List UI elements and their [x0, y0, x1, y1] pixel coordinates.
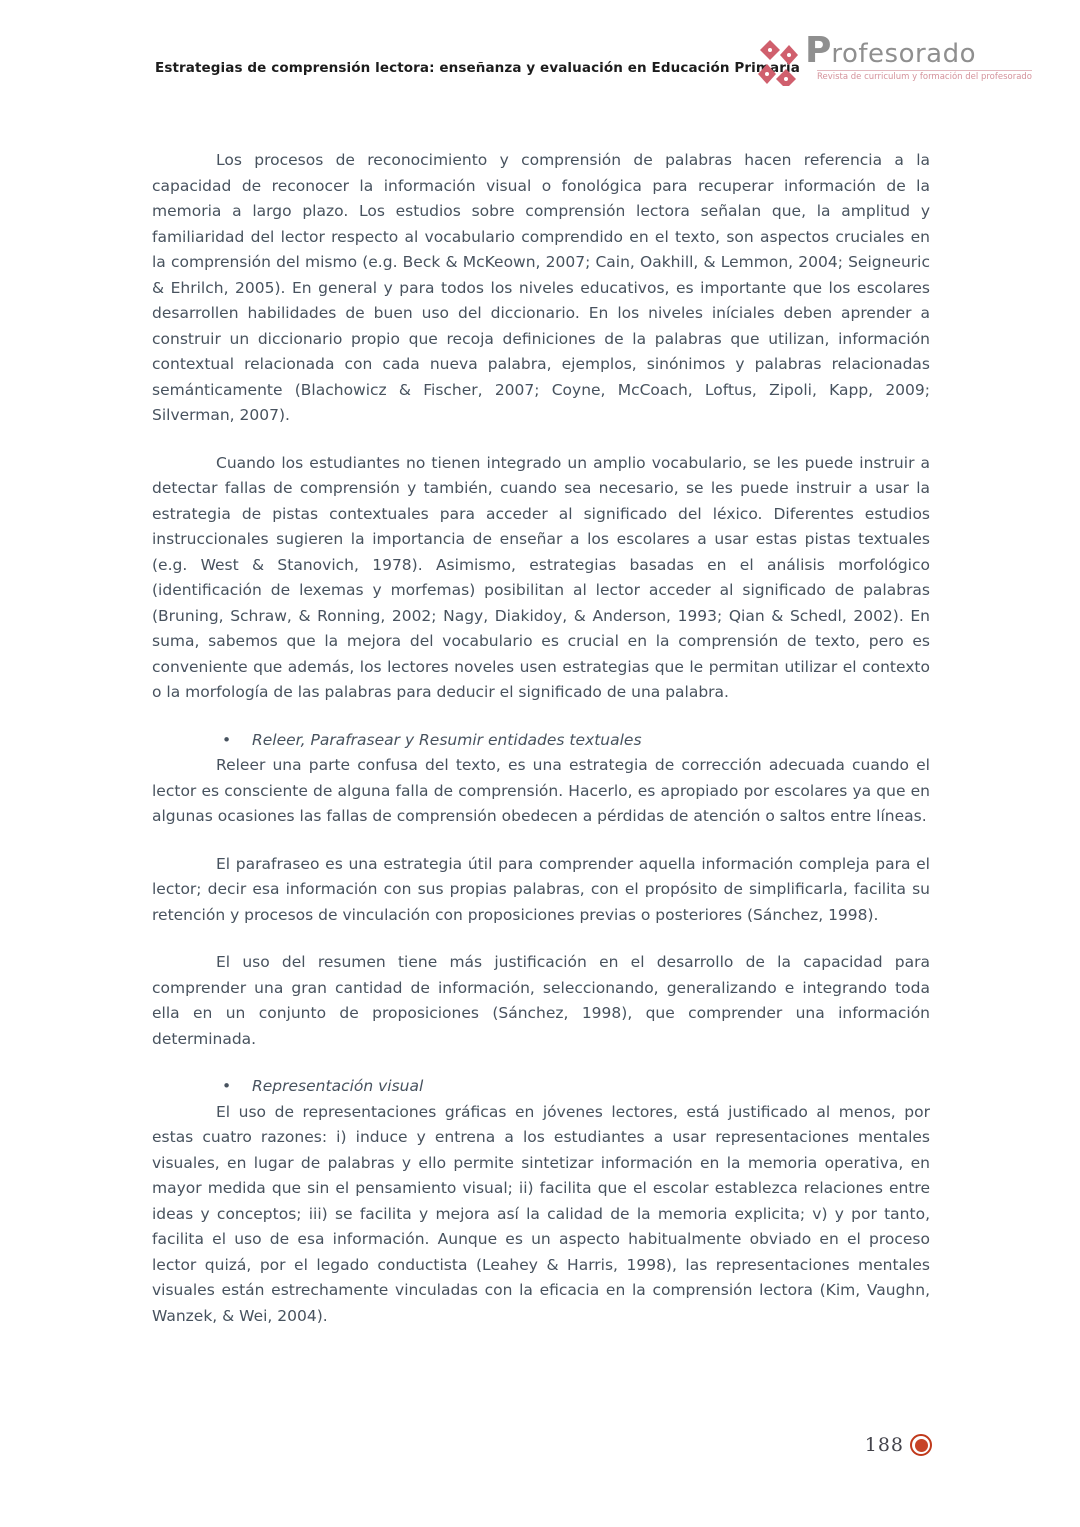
bullet-icon: • — [222, 1074, 252, 1100]
journal-logo: Profesorado Revista de curriculum y form… — [756, 36, 1032, 86]
bullet-label: Representación visual — [252, 1077, 423, 1095]
page-number: 188 — [865, 1434, 904, 1456]
paragraph-vocabulary-strategies: Cuando los estudiantes no tienen integra… — [152, 451, 930, 706]
document-page: Estrategias de comprensión lectora: ense… — [0, 0, 1080, 1527]
logo-wordmark: Profesorado — [805, 36, 1032, 67]
bullet-representacion-visual: •Representación visual — [152, 1074, 930, 1100]
running-head-title: Estrategias de comprensión lectora: ense… — [155, 60, 835, 76]
logo-text-column: Profesorado Revista de curriculum y form… — [805, 36, 1032, 82]
red-circle-icon — [910, 1434, 932, 1456]
paragraph-representaciones-graficas: El uso de representaciones gráficas en j… — [152, 1100, 930, 1330]
paragraph-parafraseo: El parafraseo es una estrategia útil par… — [152, 852, 930, 929]
logo-tagline: Revista de curriculum y formación del pr… — [817, 70, 1032, 82]
bullet-releer-parafrasear-resumir: •Releer, Parafrasear y Resumir entidades… — [152, 728, 930, 754]
profesorado-diamonds-icon — [756, 38, 800, 86]
logo-word-rest: rofesorado — [831, 41, 976, 67]
article-body: Los procesos de reconocimiento y compren… — [152, 148, 930, 1351]
page-footer: 188 — [865, 1434, 932, 1456]
paragraph-word-recognition: Los procesos de reconocimiento y compren… — [152, 148, 930, 429]
paragraph-resumen: El uso del resumen tiene más justificaci… — [152, 950, 930, 1052]
bullet-icon: • — [222, 728, 252, 754]
paragraph-releer: Releer una parte confusa del texto, es u… — [152, 753, 930, 830]
logo-initial: P — [805, 36, 831, 67]
bullet-label: Releer, Parafrasear y Resumir entidades … — [252, 731, 642, 749]
